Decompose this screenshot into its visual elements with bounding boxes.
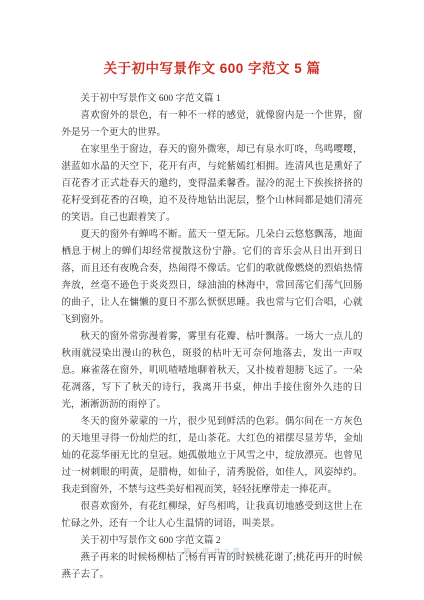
document-page: 关于初中写景作文 600 字范文 5 篇 关于初中写景作文 600 字范文篇 1… bbox=[0, 0, 424, 600]
document-body: 关于初中写景作文 600 字范文篇 1喜欢窗外的景色，有一种不一样的感觉，就像窗… bbox=[62, 91, 363, 584]
paragraph: 秋天的窗外常弥漫着雾，雾里有花瓣、枯叶飘落。一场大一点儿的秋雨就浸染出漫山的秋色… bbox=[62, 329, 363, 414]
page-number-footer: 第 1 页 共 5 页 bbox=[0, 546, 424, 557]
document-title: 关于初中写景作文 600 字范文 5 篇 bbox=[0, 0, 424, 77]
paragraph: 喜欢窗外的景色，有一种不一样的感觉，就像窗内是一个世界，窗外是另一个更大的世界。 bbox=[62, 108, 363, 142]
paragraph: 很喜欢窗外，有花红柳绿，好鸟相鸣，让我真切地感受到这世上在忙碌之外，还有一个让人… bbox=[62, 499, 363, 533]
paragraph: 在家里坐于窗边，春天的窗外微寒，却已有泉水叮咚，鸟鸣嘤嘤，湛蓝如水晶的天空下，花… bbox=[62, 142, 363, 227]
section-heading: 关于初中写景作文 600 字范文篇 1 bbox=[62, 91, 363, 108]
paragraph: 冬天的窗外蒙蒙的一片，很少见到鲜活的色彩。偶尔间在一方灰色的天地里寻得一份灿烂的… bbox=[62, 414, 363, 499]
paragraph: 夏天的窗外有蝉鸣不断。蓝天一望无际。几朵白云悠悠飘荡，地面栖息于树上的蝉们却经常… bbox=[62, 227, 363, 329]
